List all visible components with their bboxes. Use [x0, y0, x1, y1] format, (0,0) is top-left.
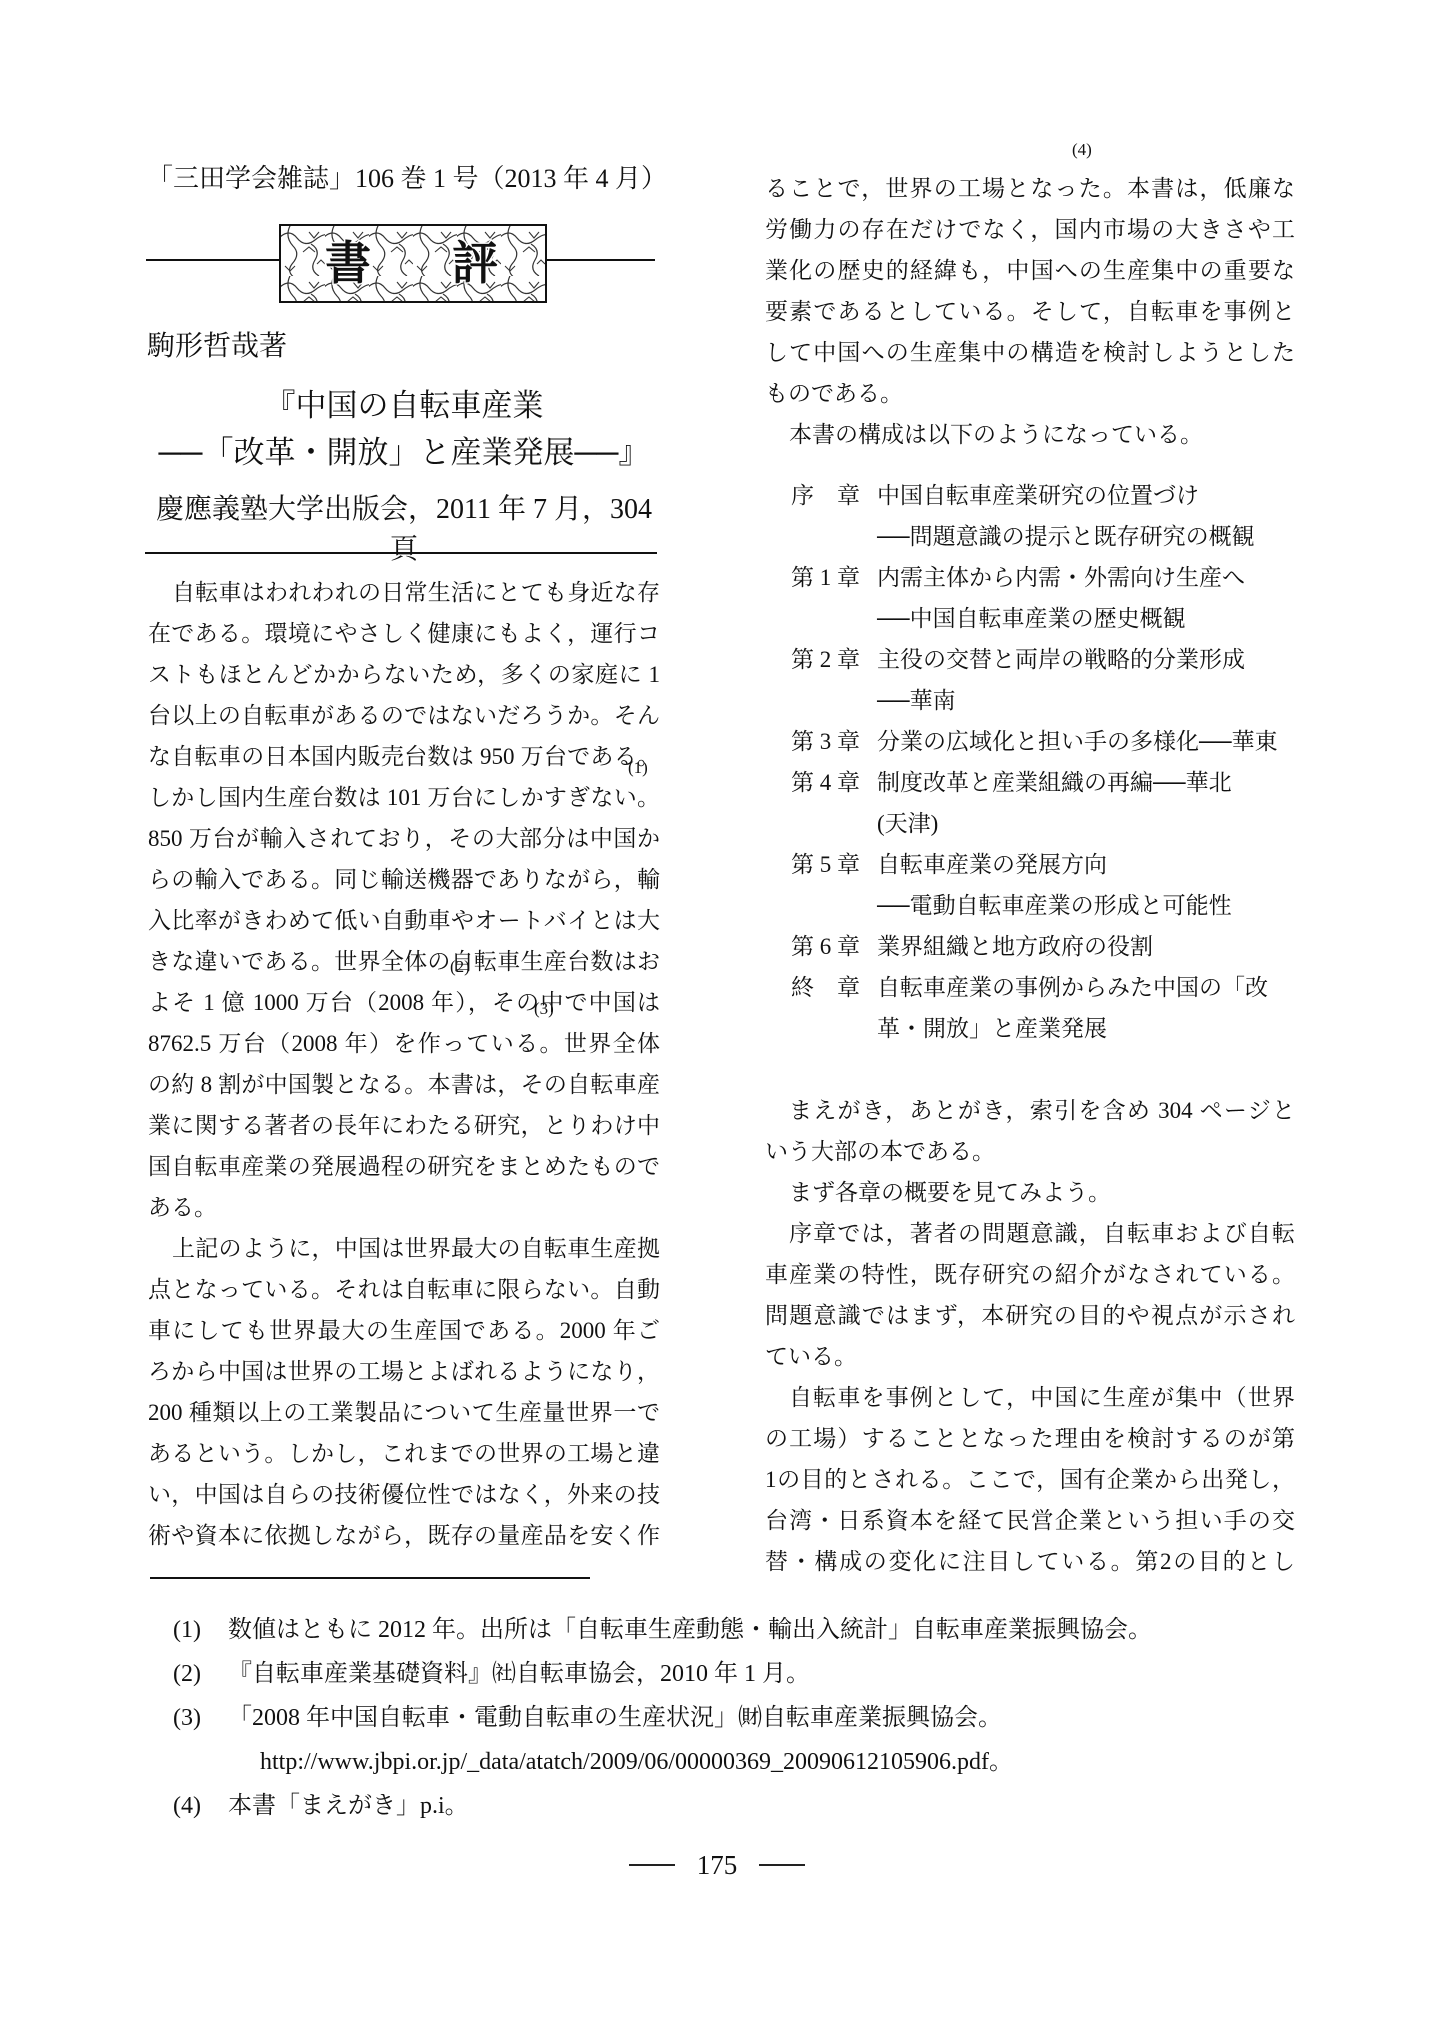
text-line: ストもほとんどかからないため，多くの家庭に 1 — [148, 654, 660, 695]
text-line: 替・構成の変化に注目している。第2の目的とし — [765, 1541, 1295, 1582]
title-separator-rule — [145, 552, 657, 554]
text-line: 車産業の特性，既存研究の紹介がなされている。 — [765, 1254, 1295, 1295]
chapter-row-continuation: ──問題意識の提示と既存研究の概観 — [765, 516, 1295, 557]
text-line: 台以上の自転車があるのではないだろうか。そん — [148, 695, 660, 736]
chapter-title-text: 内需主体から内需・外需向け生産へ — [877, 565, 1245, 590]
chapter-title-text: 中国自転車産業研究の位置づけ — [877, 483, 1199, 508]
footnotes: (1)数値はともに 2012 年。出所は「自転車生産動態・輸出入統計」自転車産業… — [173, 1608, 1303, 1828]
chapter-row: 第 3 章分業の広域化と担い手の多様化──華東 — [765, 721, 1295, 762]
book-title-line1: 『中国の自転車産業 — [148, 380, 660, 425]
text-line: 労働力の存在だけでなく，国内市場の大きさや工 — [765, 209, 1295, 250]
chapter-row: 第 6 章業界組織と地方政府の役割 — [765, 926, 1295, 967]
text-line: 要素であるとしている。そして，自転車を事例と — [765, 291, 1295, 332]
text-line: 1の目的とされる。ここで，国有企業から出発し， — [765, 1459, 1295, 1500]
text-line: あるという。しかし，これまでの世界の工場と違 — [148, 1433, 660, 1474]
text-line: ものである。 — [765, 373, 1295, 414]
page-number: 175 — [0, 1850, 1434, 1881]
text-line: 本書の構成は以下のようになっている。 — [765, 414, 1295, 455]
chapter-row: 序 章中国自転車産業研究の位置づけ — [765, 475, 1295, 516]
chapter-label: 第 4 章 — [791, 762, 860, 803]
text-line: よそ 1 億 1000 万台（2008 年），その中で中国は — [148, 982, 660, 1023]
right-column: ることで，世界の工場となった。本書は，低廉な労働力の存在だけでなく，国内市場の大… — [765, 168, 1295, 1582]
footnote-text: 『自転車産業基礎資料』㈳自転車協会，2010 年 1 月。 — [228, 1661, 810, 1687]
chapter-row-continuation: ──中国自転車産業の歴史概観 — [765, 598, 1295, 639]
chapter-title-text: 制度改革と産業組織の再編──華北 — [877, 770, 1232, 795]
book-title-line2: ──「改革・開放」と産業発展──』 — [148, 427, 660, 472]
text-line: ている。 — [765, 1336, 1295, 1377]
text-line: まず各章の概要を見てみよう。 — [765, 1172, 1295, 1213]
chapter-row: 第 1 章内需主体から内需・外需向け生産へ — [765, 557, 1295, 598]
footnote-number: (1) — [173, 1608, 228, 1652]
text-line: ることで，世界の工場となった。本書は，低廉な — [765, 168, 1295, 209]
chapter-title-text: ──電動自転車産業の形成と可能性 — [877, 893, 1232, 918]
text-line: 問題意識ではまず，本研究の目的や視点が示され — [765, 1295, 1295, 1336]
text-line: して中国への生産集中の構造を検討しようとした — [765, 332, 1295, 373]
chapter-title-text: 業界組織と地方政府の役割 — [877, 934, 1153, 959]
book-review-banner: 書 評 — [279, 224, 547, 303]
text-line: 8762.5 万台（2008 年）を作っている。世界全体 — [148, 1023, 660, 1064]
text-line: 在である。環境にやさしく健康にもよく，運行コ — [148, 613, 660, 654]
text-line: 国自転車産業の発展過程の研究をまとめたもので — [148, 1146, 660, 1187]
chapter-row: 第 5 章自転車産業の発展方向 — [765, 844, 1295, 885]
text-line: 台湾・日系資本を経て民営企業という担い手の交 — [765, 1500, 1295, 1541]
page-number-dash-right — [759, 1864, 805, 1866]
text-line: ろから中国は世界の工場とよばれるようになり， — [148, 1351, 660, 1392]
chapter-title-text: (天津) — [877, 811, 938, 836]
chapter-title-text: 主役の交替と両岸の戦略的分業形成 — [877, 647, 1245, 672]
text-line: ある。 — [148, 1187, 660, 1228]
banner-char-sho: 書 — [325, 238, 371, 289]
chapter-label: 第 2 章 — [791, 639, 860, 680]
publisher-line: 慶應義塾大学出版会，2011 年 7 月，304 頁 — [148, 487, 660, 567]
text-line: な自転車の日本国内販売台数は 950 万台である。 — [148, 736, 660, 777]
footnote-number: (4) — [173, 1784, 228, 1828]
text-line: 850 万台が輸入されており，その大部分は中国か — [148, 818, 660, 859]
text-line: まえがき，あとがき，索引を含め 304 ページと — [765, 1090, 1295, 1131]
text-line: きな違いである。世界全体の自転車生産台数はお — [148, 941, 660, 982]
author-line: 駒形哲哉著 — [147, 324, 287, 364]
text-line: の工場）することとなった理由を検討するのが第 — [765, 1418, 1295, 1459]
chapter-row-continuation: (天津) — [765, 803, 1295, 844]
footnote-marker-1: (1) — [628, 758, 648, 778]
footnote-url-line: http://www.jbpi.or.jp/_data/atatch/2009/… — [173, 1740, 1303, 1784]
chapter-title-text: 自転車産業の事例からみた中国の「改 — [877, 975, 1268, 1000]
chapter-row-continuation: ──華南 — [765, 680, 1295, 721]
chapter-row: 第 2 章主役の交替と両岸の戦略的分業形成 — [765, 639, 1295, 680]
left-column: 自転車はわれわれの日常生活にとても身近な存在である。環境にやさしく健康にもよく，… — [148, 572, 660, 1556]
chapter-title-text: 自転車産業の発展方向 — [877, 852, 1107, 877]
text-line: 業に関する著者の長年にわたる研究，とりわけ中 — [148, 1105, 660, 1146]
footnote-marker-4: (4) — [1072, 140, 1092, 160]
text-line: 車にしても世界最大の生産国である。2000 年ご — [148, 1310, 660, 1351]
chapter-label: 序 章 — [791, 475, 860, 516]
chapter-title-text: 分業の広域化と担い手の多様化──華東 — [877, 729, 1278, 754]
chapter-list: 序 章中国自転車産業研究の位置づけ──問題意識の提示と既存研究の概観第 1 章内… — [765, 475, 1295, 1049]
chapter-label: 第 5 章 — [791, 844, 860, 885]
text-line: しかし国内生産台数は 101 万台にしかすぎない。 — [148, 777, 660, 818]
journal-header: 「三田学会雑誌」106 巻 1 号（2013 年 4 月） — [147, 158, 667, 195]
text-line: 術や資本に依拠しながら，既存の量産品を安く作 — [148, 1515, 660, 1556]
footnote-number: (2) — [173, 1652, 228, 1696]
footnote-item: (4)本書「まえがき」p.i。 — [173, 1784, 1303, 1828]
text-line: 上記のように，中国は世界最大の自転車生産拠 — [148, 1228, 660, 1269]
banner-char-hyo: 評 — [452, 238, 498, 289]
footnote-text: 「2008 年中国自転車・電動自転車の生産状況」㈶自転車産業振興協会。 — [228, 1705, 1002, 1731]
text-line: いう大部の本である。 — [765, 1131, 1295, 1172]
text-line: らの輸入である。同じ輸送機器でありながら，輸 — [148, 859, 660, 900]
chapter-title-text: ──中国自転車産業の歴史概観 — [877, 606, 1186, 631]
chapter-label: 第 3 章 — [791, 721, 860, 762]
text-line: 点となっている。それは自転車に限らない。自動 — [148, 1269, 660, 1310]
text-line: 序章では，著者の問題意識，自転車および自転 — [765, 1213, 1295, 1254]
chapter-row: 終 章自転車産業の事例からみた中国の「改 — [765, 967, 1295, 1008]
footnote-marker-3: (3) — [534, 999, 554, 1019]
text-line: い，中国は自らの技術優位性ではなく，外来の技 — [148, 1474, 660, 1515]
book-review-page: 「三田学会雑誌」106 巻 1 号（2013 年 4 月） 書 評 駒形哲哉著 … — [0, 0, 1434, 2024]
page-number-dash-left — [629, 1864, 675, 1866]
chapter-title-text: 革・開放」と産業発展 — [877, 1016, 1107, 1041]
text-line: 業化の歴史的経緯も，中国への生産集中の重要な — [765, 250, 1295, 291]
chapter-label: 第 1 章 — [791, 557, 860, 598]
chapter-row: 第 4 章制度改革と産業組織の再編──華北 — [765, 762, 1295, 803]
chapter-label: 第 6 章 — [791, 926, 860, 967]
footnote-text: 本書「まえがき」p.i。 — [228, 1793, 469, 1819]
footnote-item: (1)数値はともに 2012 年。出所は「自転車生産動態・輸出入統計」自転車産業… — [173, 1608, 1303, 1652]
page-number-value: 175 — [697, 1850, 738, 1880]
footnote-item: (3)「2008 年中国自転車・電動自転車の生産状況」㈶自転車産業振興協会。 — [173, 1696, 1303, 1740]
footnote-item: (2)『自転車産業基礎資料』㈳自転車協会，2010 年 1 月。 — [173, 1652, 1303, 1696]
footnote-marker-2: (2) — [450, 957, 470, 977]
chapter-title-text: ──華南 — [877, 688, 956, 713]
chapter-title-text: ──問題意識の提示と既存研究の概観 — [877, 524, 1255, 549]
footnote-number: (3) — [173, 1696, 228, 1740]
text-line: 入比率がきわめて低い自動車やオートバイとは大 — [148, 900, 660, 941]
footnote-text: 数値はともに 2012 年。出所は「自転車生産動態・輸出入統計」自転車産業振興協… — [228, 1617, 1152, 1643]
text-line: 自転車はわれわれの日常生活にとても身近な存 — [148, 572, 660, 613]
text-line: の約 8 割が中国製となる。本書は，その自転車産 — [148, 1064, 660, 1105]
chapter-label: 終 章 — [791, 967, 860, 1008]
chapter-row-continuation: 革・開放」と産業発展 — [765, 1008, 1295, 1049]
chapter-row-continuation: ──電動自転車産業の形成と可能性 — [765, 885, 1295, 926]
text-line: 200 種類以上の工業製品について生産量世界一で — [148, 1392, 660, 1433]
footnote-rule — [150, 1577, 590, 1579]
banner-pattern: 書 評 — [281, 226, 545, 301]
text-line: 自転車を事例として，中国に生産が集中（世界 — [765, 1377, 1295, 1418]
